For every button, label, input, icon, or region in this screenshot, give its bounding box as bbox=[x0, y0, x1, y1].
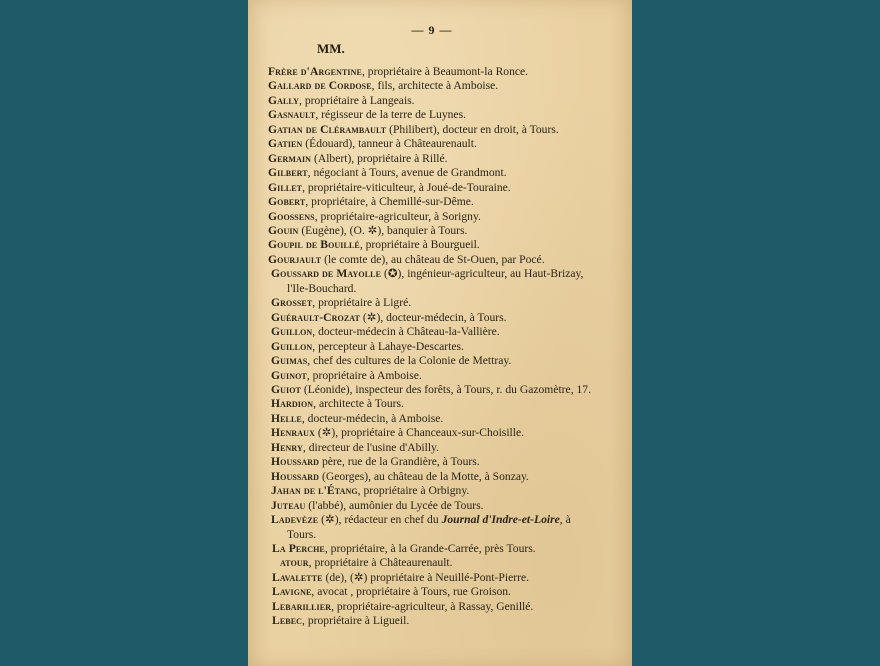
scanned-page: — 9 — MM. Frère d'Argentine, propriétair… bbox=[248, 0, 632, 666]
member-list: Frère d'Argentine, propriétaire à Beaumo… bbox=[268, 65, 628, 629]
member-details-continuation: l'Ile-Bouchard. bbox=[271, 282, 628, 296]
list-item: Helle, docteur-médecin, à Amboise. bbox=[268, 412, 628, 426]
member-name: Gobert bbox=[268, 195, 305, 208]
list-item: Gobert, propriétaire, à Chemillé-sur-Dêm… bbox=[268, 195, 628, 209]
list-item: Ladevèze (✲), rédacteur en chef du Journ… bbox=[268, 513, 628, 542]
member-details: , propriétaire à Châteaurenault. bbox=[309, 556, 453, 569]
list-item: Gally, propriétaire à Langeais. bbox=[268, 94, 628, 108]
member-details: , propriétaire-agriculteur, à Rassay, Ge… bbox=[331, 600, 533, 613]
member-name: Germain bbox=[268, 152, 311, 165]
member-details: père, rue de la Grandière, à Tours. bbox=[319, 455, 480, 468]
member-details: , propriétaire à Beaumont-la Ronce. bbox=[362, 65, 528, 78]
member-details-tail: , à bbox=[560, 513, 571, 526]
list-item: Grosset, propriétaire à Ligré. bbox=[268, 296, 628, 310]
member-name: Guiot bbox=[271, 383, 301, 396]
list-item: Guillon, docteur-médecin à Château-la-Va… bbox=[268, 325, 628, 339]
member-details: , directeur de l'usine d'Abilly. bbox=[303, 441, 439, 454]
member-details: , avocat , propriétaire à Tours, rue Gro… bbox=[311, 585, 511, 598]
list-item: Germain (Albert), propriétaire à Rillé. bbox=[268, 152, 628, 166]
member-name: Houssard bbox=[271, 470, 319, 483]
member-name: Lebarillier bbox=[272, 600, 331, 613]
member-name: Grosset bbox=[271, 296, 312, 309]
list-item: Houssard père, rue de la Grandière, à To… bbox=[268, 455, 628, 469]
member-name: Gouin bbox=[268, 224, 298, 237]
member-name: atour bbox=[280, 556, 309, 569]
member-details: , propriétaire, à Chemillé-sur-Dême. bbox=[305, 195, 473, 208]
member-details: , percepteur à Lahaye-Descartes. bbox=[312, 340, 464, 353]
page-number: — 9 — bbox=[248, 23, 616, 38]
list-item: Hardion, architecte à Tours. bbox=[268, 397, 628, 411]
member-details: (Eugène), (O. ✲), banquier à Tours. bbox=[298, 224, 467, 237]
member-details: , propriétaire à Bourgueil. bbox=[360, 238, 480, 251]
member-details: , propriétaire à Amboise. bbox=[307, 369, 422, 382]
member-details: , propriétaire à Ligré. bbox=[312, 296, 411, 309]
member-details: , propriétaire à Orbigny. bbox=[358, 484, 470, 497]
member-details: (Léonide), inspecteur des forêts, à Tour… bbox=[301, 383, 591, 396]
member-details: (l'abbé), aumônier du Lycée de Tours. bbox=[305, 499, 483, 512]
list-item: Houssard (Georges), au château de la Mot… bbox=[268, 470, 628, 484]
journal-title: Journal d'Indre-et-Loire bbox=[442, 513, 560, 526]
member-name: Goupil de Bouillé bbox=[268, 238, 360, 251]
member-details: , propriétaire-viticulteur, à Joué-de-To… bbox=[302, 181, 511, 194]
member-details: , négociant à Tours, avenue de Grandmont… bbox=[308, 166, 507, 179]
member-name: Gatien bbox=[268, 137, 302, 150]
list-item: Guimas, chef des cultures de la Colonie … bbox=[268, 354, 628, 368]
member-name: Gillet bbox=[268, 181, 302, 194]
member-details: , propriétaire à Langeais. bbox=[299, 94, 415, 107]
list-item: Gourjault (le comte de), au château de S… bbox=[268, 253, 628, 267]
list-item: Gilbert, négociant à Tours, avenue de Gr… bbox=[268, 166, 628, 180]
member-name: Guillon bbox=[271, 340, 312, 353]
member-name: Gilbert bbox=[268, 166, 308, 179]
member-name: Goussard de Mayolle bbox=[271, 267, 381, 280]
list-item: Gasnault, régisseur de la terre de Luyne… bbox=[268, 108, 628, 122]
member-details-continuation: Tours. bbox=[271, 528, 628, 542]
member-name: Jahan de l'Étang bbox=[271, 484, 358, 497]
member-name: Henry bbox=[271, 441, 303, 454]
list-item: Guiot (Léonide), inspecteur des forêts, … bbox=[268, 383, 628, 397]
list-item: Goupil de Bouillé, propriétaire à Bourgu… bbox=[268, 238, 628, 252]
list-item: Jahan de l'Étang, propriétaire à Orbigny… bbox=[268, 484, 628, 498]
list-item: Gouin (Eugène), (O. ✲), banquier à Tours… bbox=[268, 224, 628, 238]
member-name: Henraux bbox=[271, 426, 315, 439]
section-heading: MM. bbox=[317, 41, 345, 57]
member-details: , régisseur de la terre de Luynes. bbox=[315, 108, 466, 121]
member-details: , propriétaire à Ligueil. bbox=[302, 614, 409, 627]
member-details: , docteur-médecin, à Amboise. bbox=[302, 412, 443, 425]
member-name: Ladevèze bbox=[271, 513, 318, 526]
member-name: Gallard de Cordose bbox=[268, 79, 372, 92]
member-name: Frère d'Argentine bbox=[268, 65, 362, 78]
member-name: Gasnault bbox=[268, 108, 315, 121]
member-name: Guinot bbox=[271, 369, 307, 382]
list-item: Goussard de Mayolle (✪), ingénieur-agric… bbox=[268, 267, 628, 296]
list-item: Lavigne, avocat , propriétaire à Tours, … bbox=[268, 585, 628, 599]
member-name: La Perche bbox=[272, 542, 325, 555]
member-details: (Édouard), tanneur à Châteaurenault. bbox=[302, 137, 476, 150]
member-name: Gourjault bbox=[268, 253, 321, 266]
list-item: Gallard de Cordose, fils, architecte à A… bbox=[268, 79, 628, 93]
member-name: Guillon bbox=[271, 325, 312, 338]
list-item: Goossens, propriétaire-agriculteur, à So… bbox=[268, 210, 628, 224]
member-details: (✲), docteur-médecin, à Tours. bbox=[360, 311, 507, 324]
list-item: Lebec, propriétaire à Ligueil. bbox=[268, 614, 628, 628]
member-name: Lavalette bbox=[272, 571, 323, 584]
member-name: Hardion bbox=[271, 397, 313, 410]
member-details: , architecte à Tours. bbox=[313, 397, 404, 410]
list-item: Gatien (Édouard), tanneur à Châteaurenau… bbox=[268, 137, 628, 151]
list-item: Lavalette (de), (✲) propriétaire à Neuil… bbox=[268, 571, 628, 585]
member-details: (Philibert), docteur en droit, à Tours. bbox=[386, 123, 559, 136]
member-details: , propriétaire, à la Grande-Carrée, près… bbox=[325, 542, 536, 555]
member-details: , chef des cultures de la Colonie de Met… bbox=[307, 354, 511, 367]
member-name: Goossens bbox=[268, 210, 315, 223]
list-item: Gillet, propriétaire-viticulteur, à Joué… bbox=[268, 181, 628, 195]
member-details: (Georges), au château de la Motte, à Son… bbox=[319, 470, 529, 483]
list-item: Gatian de Clérambault (Philibert), docte… bbox=[268, 123, 628, 137]
list-item: atour, propriétaire à Châteaurenault. bbox=[268, 556, 628, 570]
member-name: Gally bbox=[268, 94, 299, 107]
member-details: (Albert), propriétaire à Rillé. bbox=[311, 152, 448, 165]
member-name: Guérault-Crozat bbox=[271, 311, 360, 324]
list-item: Lebarillier, propriétaire-agriculteur, à… bbox=[268, 600, 628, 614]
list-item: Guérault-Crozat (✲), docteur-médecin, à … bbox=[268, 311, 628, 325]
list-item: La Perche, propriétaire, à la Grande-Car… bbox=[268, 542, 628, 556]
list-item: Guinot, propriétaire à Amboise. bbox=[268, 369, 628, 383]
member-name: Helle bbox=[271, 412, 302, 425]
member-details: (✲), rédacteur en chef du bbox=[318, 513, 441, 526]
list-item: Henry, directeur de l'usine d'Abilly. bbox=[268, 441, 628, 455]
list-item: Juteau (l'abbé), aumônier du Lycée de To… bbox=[268, 499, 628, 513]
member-name: Lavigne bbox=[272, 585, 311, 598]
member-details: (✪), ingénieur-agriculteur, au Haut-Briz… bbox=[381, 267, 583, 280]
list-item: Henraux (✲), propriétaire à Chanceaux-su… bbox=[268, 426, 628, 440]
member-name: Juteau bbox=[271, 499, 305, 512]
member-details: , propriétaire-agriculteur, à Sorigny. bbox=[315, 210, 481, 223]
list-item: Guillon, percepteur à Lahaye-Descartes. bbox=[268, 340, 628, 354]
member-name: Gatian de Clérambault bbox=[268, 123, 386, 136]
member-details: (le comte de), au château de St-Ouen, pa… bbox=[321, 253, 544, 266]
member-name: Lebec bbox=[272, 614, 302, 627]
member-details: (de), (✲) propriétaire à Neuillé-Pont-Pi… bbox=[323, 571, 529, 584]
member-name: Guimas bbox=[271, 354, 307, 367]
member-name: Houssard bbox=[271, 455, 319, 468]
member-details: , docteur-médecin à Château-la-Vallière. bbox=[312, 325, 499, 338]
member-details: , fils, architecte à Amboise. bbox=[372, 79, 499, 92]
member-details: (✲), propriétaire à Chanceaux-sur-Choisi… bbox=[315, 426, 524, 439]
list-item: Frère d'Argentine, propriétaire à Beaumo… bbox=[268, 65, 628, 79]
